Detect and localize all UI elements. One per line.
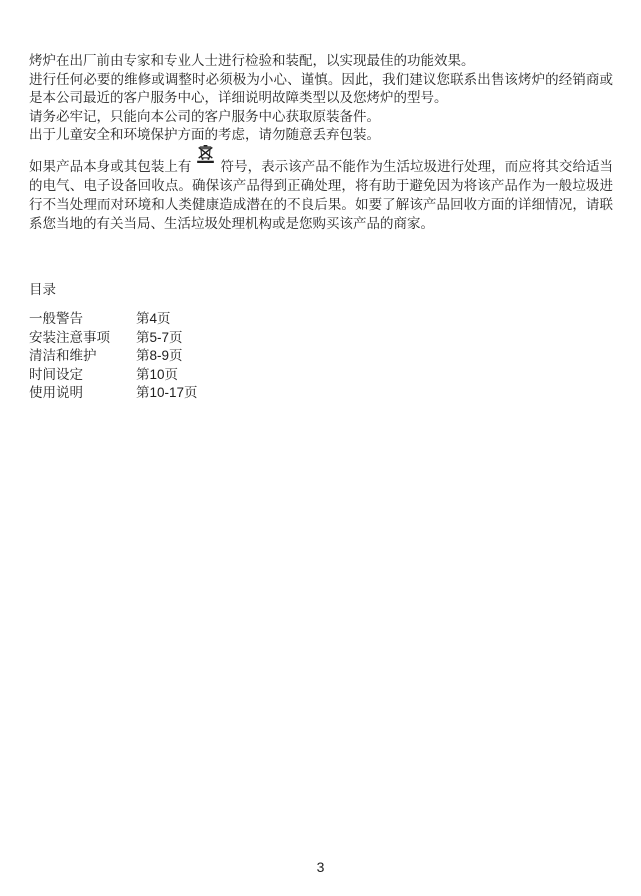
text-line: 是本公司最近的客户服务中心，详细说明故障类型以及您烤炉的型号。 bbox=[29, 89, 613, 108]
intro-paragraph: 烤炉在出厂前由专家和专业人士进行检验和装配，以实现最佳的功能效果。 进行任何必要… bbox=[29, 52, 613, 145]
text-line-with-icon: 如果产品本身或其包装上有 符号，表示该产品不能作为生活垃圾进行处理，而应将其交给… bbox=[29, 157, 613, 176]
toc-entry: 时间设定 第10页 bbox=[29, 366, 613, 385]
toc-entry-page: 第5-7页 bbox=[136, 329, 183, 348]
recycling-paragraph: 如果产品本身或其包装上有 符号，表示该产品不能作为生活垃圾进行处理，而应将其交给… bbox=[29, 157, 613, 233]
toc-entry-label: 清洁和维护 bbox=[29, 347, 136, 366]
text-line: 系您当地的有关当局、生活垃圾处理机构或是您购买该产品的商家。 bbox=[29, 214, 613, 233]
toc-entry: 安装注意事项 第5-7页 bbox=[29, 329, 613, 348]
toc-entry-page: 第10-17页 bbox=[136, 384, 198, 403]
recycle-text-before-icon: 如果产品本身或其包装上有 bbox=[29, 159, 191, 174]
text-line: 请务必牢记，只能向本公司的客户服务中心获取原装备件。 bbox=[29, 108, 613, 127]
toc-entry-label: 使用说明 bbox=[29, 384, 136, 403]
toc-title: 目录 bbox=[29, 281, 613, 300]
page-content: 烤炉在出厂前由专家和专业人士进行检验和装配，以实现最佳的功能效果。 进行任何必要… bbox=[0, 0, 641, 403]
toc-entry: 清洁和维护 第8-9页 bbox=[29, 347, 613, 366]
toc-list: 一般警告 第4页 安装注意事项 第5-7页 清洁和维护 第8-9页 时间设定 第… bbox=[29, 310, 613, 403]
page-number: 3 bbox=[0, 858, 641, 876]
text-line: 行不当处理而对环境和人类健康造成潜在的不良后果。如要了解该产品回收方面的详细情况… bbox=[29, 195, 613, 214]
toc-entry-label: 时间设定 bbox=[29, 366, 136, 385]
toc-entry: 一般警告 第4页 bbox=[29, 310, 613, 329]
toc-entry-page: 第10页 bbox=[136, 366, 178, 385]
toc-entry: 使用说明 第10-17页 bbox=[29, 384, 613, 403]
text-line: 进行任何必要的维修或调整时必须极为小心、谨慎。因此，我们建议您联系出售该烤炉的经… bbox=[29, 71, 613, 90]
recycle-text-after-icon: 符号，表示该产品不能作为生活垃圾进行处理，而应将其交给适当 bbox=[220, 159, 613, 174]
text-line: 的电气、电子设备回收点。确保该产品得到正确处理，将有助于避免因为将该产品作为一般… bbox=[29, 176, 613, 195]
toc-entry-page: 第4页 bbox=[136, 310, 171, 329]
toc-entry-label: 安装注意事项 bbox=[29, 329, 136, 348]
manual-page: 烤炉在出厂前由专家和专业人士进行检验和装配，以实现最佳的功能效果。 进行任何必要… bbox=[0, 0, 641, 896]
text-line: 出于儿童安全和环境保护方面的考虑，请勿随意丢弃包装。 bbox=[29, 126, 613, 145]
text-line: 烤炉在出厂前由专家和专业人士进行检验和装配，以实现最佳的功能效果。 bbox=[29, 52, 613, 71]
toc-entry-label: 一般警告 bbox=[29, 310, 136, 329]
toc-entry-page: 第8-9页 bbox=[136, 347, 183, 366]
